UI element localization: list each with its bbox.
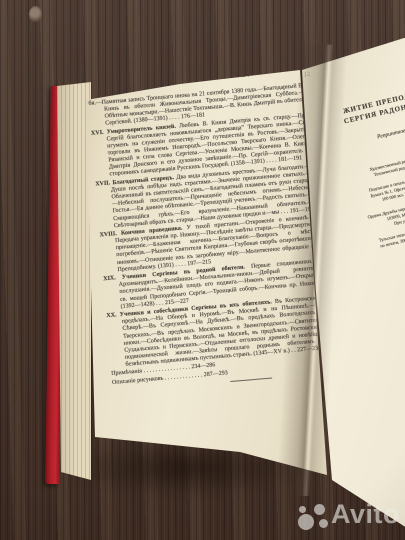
left-page: 294 ОГЛАВЛЕНІЕ. бя.—Памятная запись Трои… [55, 55, 345, 495]
toc-entry-body: Примѣчанія [111, 369, 142, 378]
page-block-fore-edge [57, 82, 91, 480]
toc-entry-label: XVI. [91, 130, 104, 137]
toc-entry-pages: . . 227—234 [291, 345, 321, 353]
avito-logo-icon [296, 500, 328, 530]
toc-entry-pages: . . . 191—197 [281, 206, 314, 215]
avito-watermark-text: Avito [331, 499, 400, 530]
toc-entry-pages: . . . . 181—191 [266, 156, 302, 165]
wood-knot-mark [29, 6, 42, 23]
table-of-contents: 294 ОГЛАВЛЕНІЕ. бя.—Памятная запись Трои… [87, 67, 328, 392]
page-number: 294 [93, 84, 103, 92]
contents-heading: ОГЛАВЛЕНІЕ. [180, 71, 251, 84]
avito-watermark: Avito [296, 499, 400, 530]
photo-of-open-book: 294 ОГЛАВЛЕНІЕ. бя.—Памятная запись Трои… [0, 0, 405, 540]
section-end-rule [230, 378, 272, 383]
toc-entry-pages: . . . . 176—181 [169, 113, 205, 122]
toc-entry-pages: . . . 215—227 [156, 298, 189, 307]
toc-entry-label: XIX. [103, 276, 116, 283]
toc-entry-label: XX. [106, 313, 117, 320]
pencil-mark: 12 [303, 71, 310, 78]
imprint-page: ЖИТИЕ ПРЕПОДОБНОГО СЕРГИЯ РАДОНЕЖСКОГО Р… [310, 77, 405, 259]
toc-entry-label: XVII. [95, 180, 110, 187]
